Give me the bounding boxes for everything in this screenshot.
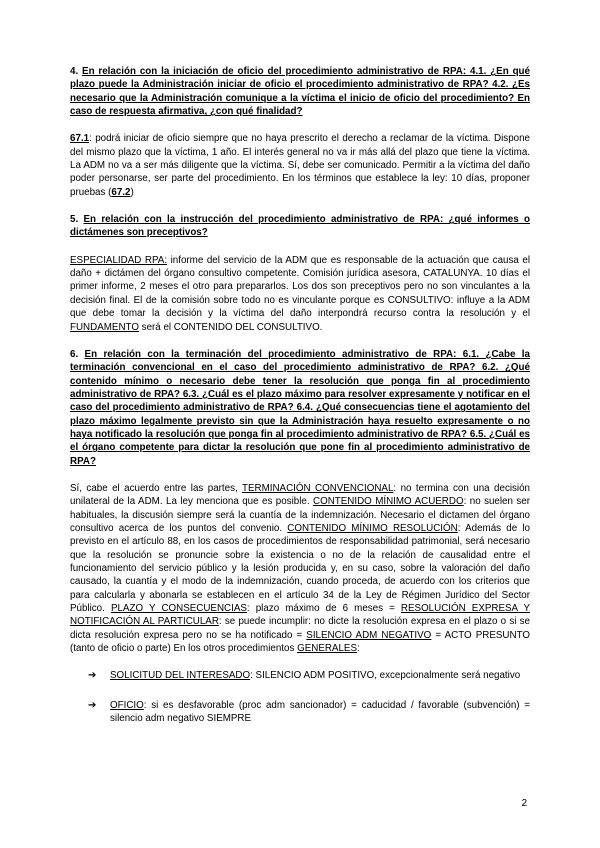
question-6-answer: Sí, cabe el acuerdo entre las partes, TE… bbox=[70, 482, 530, 655]
text-run: SILENCIO ADM NEGATIVO bbox=[306, 630, 431, 641]
text-run: 67.1 bbox=[70, 133, 89, 144]
document-body: 4. En relación con la iniciación de ofic… bbox=[70, 65, 530, 741]
arrow-bullet-icon: ➔ bbox=[88, 669, 110, 682]
text-run: FUNDAMENTO bbox=[70, 322, 139, 333]
text-run: 6. bbox=[70, 349, 85, 360]
text-run: En relación con la terminación del proce… bbox=[70, 349, 530, 467]
text-run: : plazo máximo de 6 meses = bbox=[247, 603, 401, 614]
text-run: 4. bbox=[70, 66, 82, 77]
document-page: 4. En relación con la iniciación de ofic… bbox=[0, 0, 600, 848]
text-run: TERMINACIÓN CONVENCIONAL bbox=[242, 483, 393, 494]
question-6-heading: 6. En relación con la terminación del pr… bbox=[70, 348, 530, 468]
text-run: 5. bbox=[70, 214, 84, 225]
bullet-oficio-text: OFICIO: si es desfavorable (proc adm san… bbox=[110, 699, 530, 726]
text-run: GENERALES bbox=[297, 643, 357, 654]
question-5-heading: 5. En relación con la instrucción del pr… bbox=[70, 213, 530, 240]
text-run: En relación con la instrucción del proce… bbox=[70, 214, 530, 238]
text-run: ESPECIALIDAD RPA: bbox=[70, 255, 167, 266]
bullet-item-oficio: ➔ OFICIO: si es desfavorable (proc adm s… bbox=[70, 699, 530, 726]
question-4-heading: 4. En relación con la iniciación de ofic… bbox=[70, 65, 530, 118]
text-run: OFICIO bbox=[110, 700, 144, 711]
question-4-answer: 67.1: podrá iniciar de oficio siempre qu… bbox=[70, 132, 530, 199]
question-5-answer: ESPECIALIDAD RPA: informe del servicio d… bbox=[70, 254, 530, 334]
text-run: : Además de lo previsto en el artículo 8… bbox=[70, 523, 530, 614]
text-run: En relación con la iniciación de oficio … bbox=[70, 66, 530, 117]
bullet-item-solicitud: ➔ SOLICITUD DEL INTERESADO: SILENCIO ADM… bbox=[70, 669, 530, 682]
text-run: : SILENCIO ADM POSITIVO, excepcionalment… bbox=[250, 670, 520, 681]
text-run: PLAZO Y CONSECUENCIAS bbox=[111, 603, 247, 614]
arrow-bullet-icon: ➔ bbox=[88, 699, 110, 726]
page-number: 2 bbox=[521, 797, 527, 810]
text-run: : si es desfavorable (proc adm sancionad… bbox=[110, 700, 530, 724]
text-run: : podrá iniciar de oficio siempre que no… bbox=[70, 133, 530, 197]
text-run: Sí, cabe el acuerdo entre las partes, bbox=[70, 483, 242, 494]
text-run: CONTENIDO MÍNIMO RESOLUCIÓN bbox=[287, 523, 457, 534]
bullet-solicitud-text: SOLICITUD DEL INTERESADO: SILENCIO ADM P… bbox=[110, 669, 530, 682]
text-run: SOLICITUD DEL INTERESADO bbox=[110, 670, 250, 681]
text-run: será el CONTENIDO DEL CONSULTIVO. bbox=[139, 322, 322, 333]
text-run: CONTENIDO MÍNIMO ACUERDO bbox=[313, 496, 464, 507]
text-run: 67.2 bbox=[111, 187, 130, 198]
text-run: : bbox=[357, 643, 360, 654]
text-run: ) bbox=[130, 187, 133, 198]
